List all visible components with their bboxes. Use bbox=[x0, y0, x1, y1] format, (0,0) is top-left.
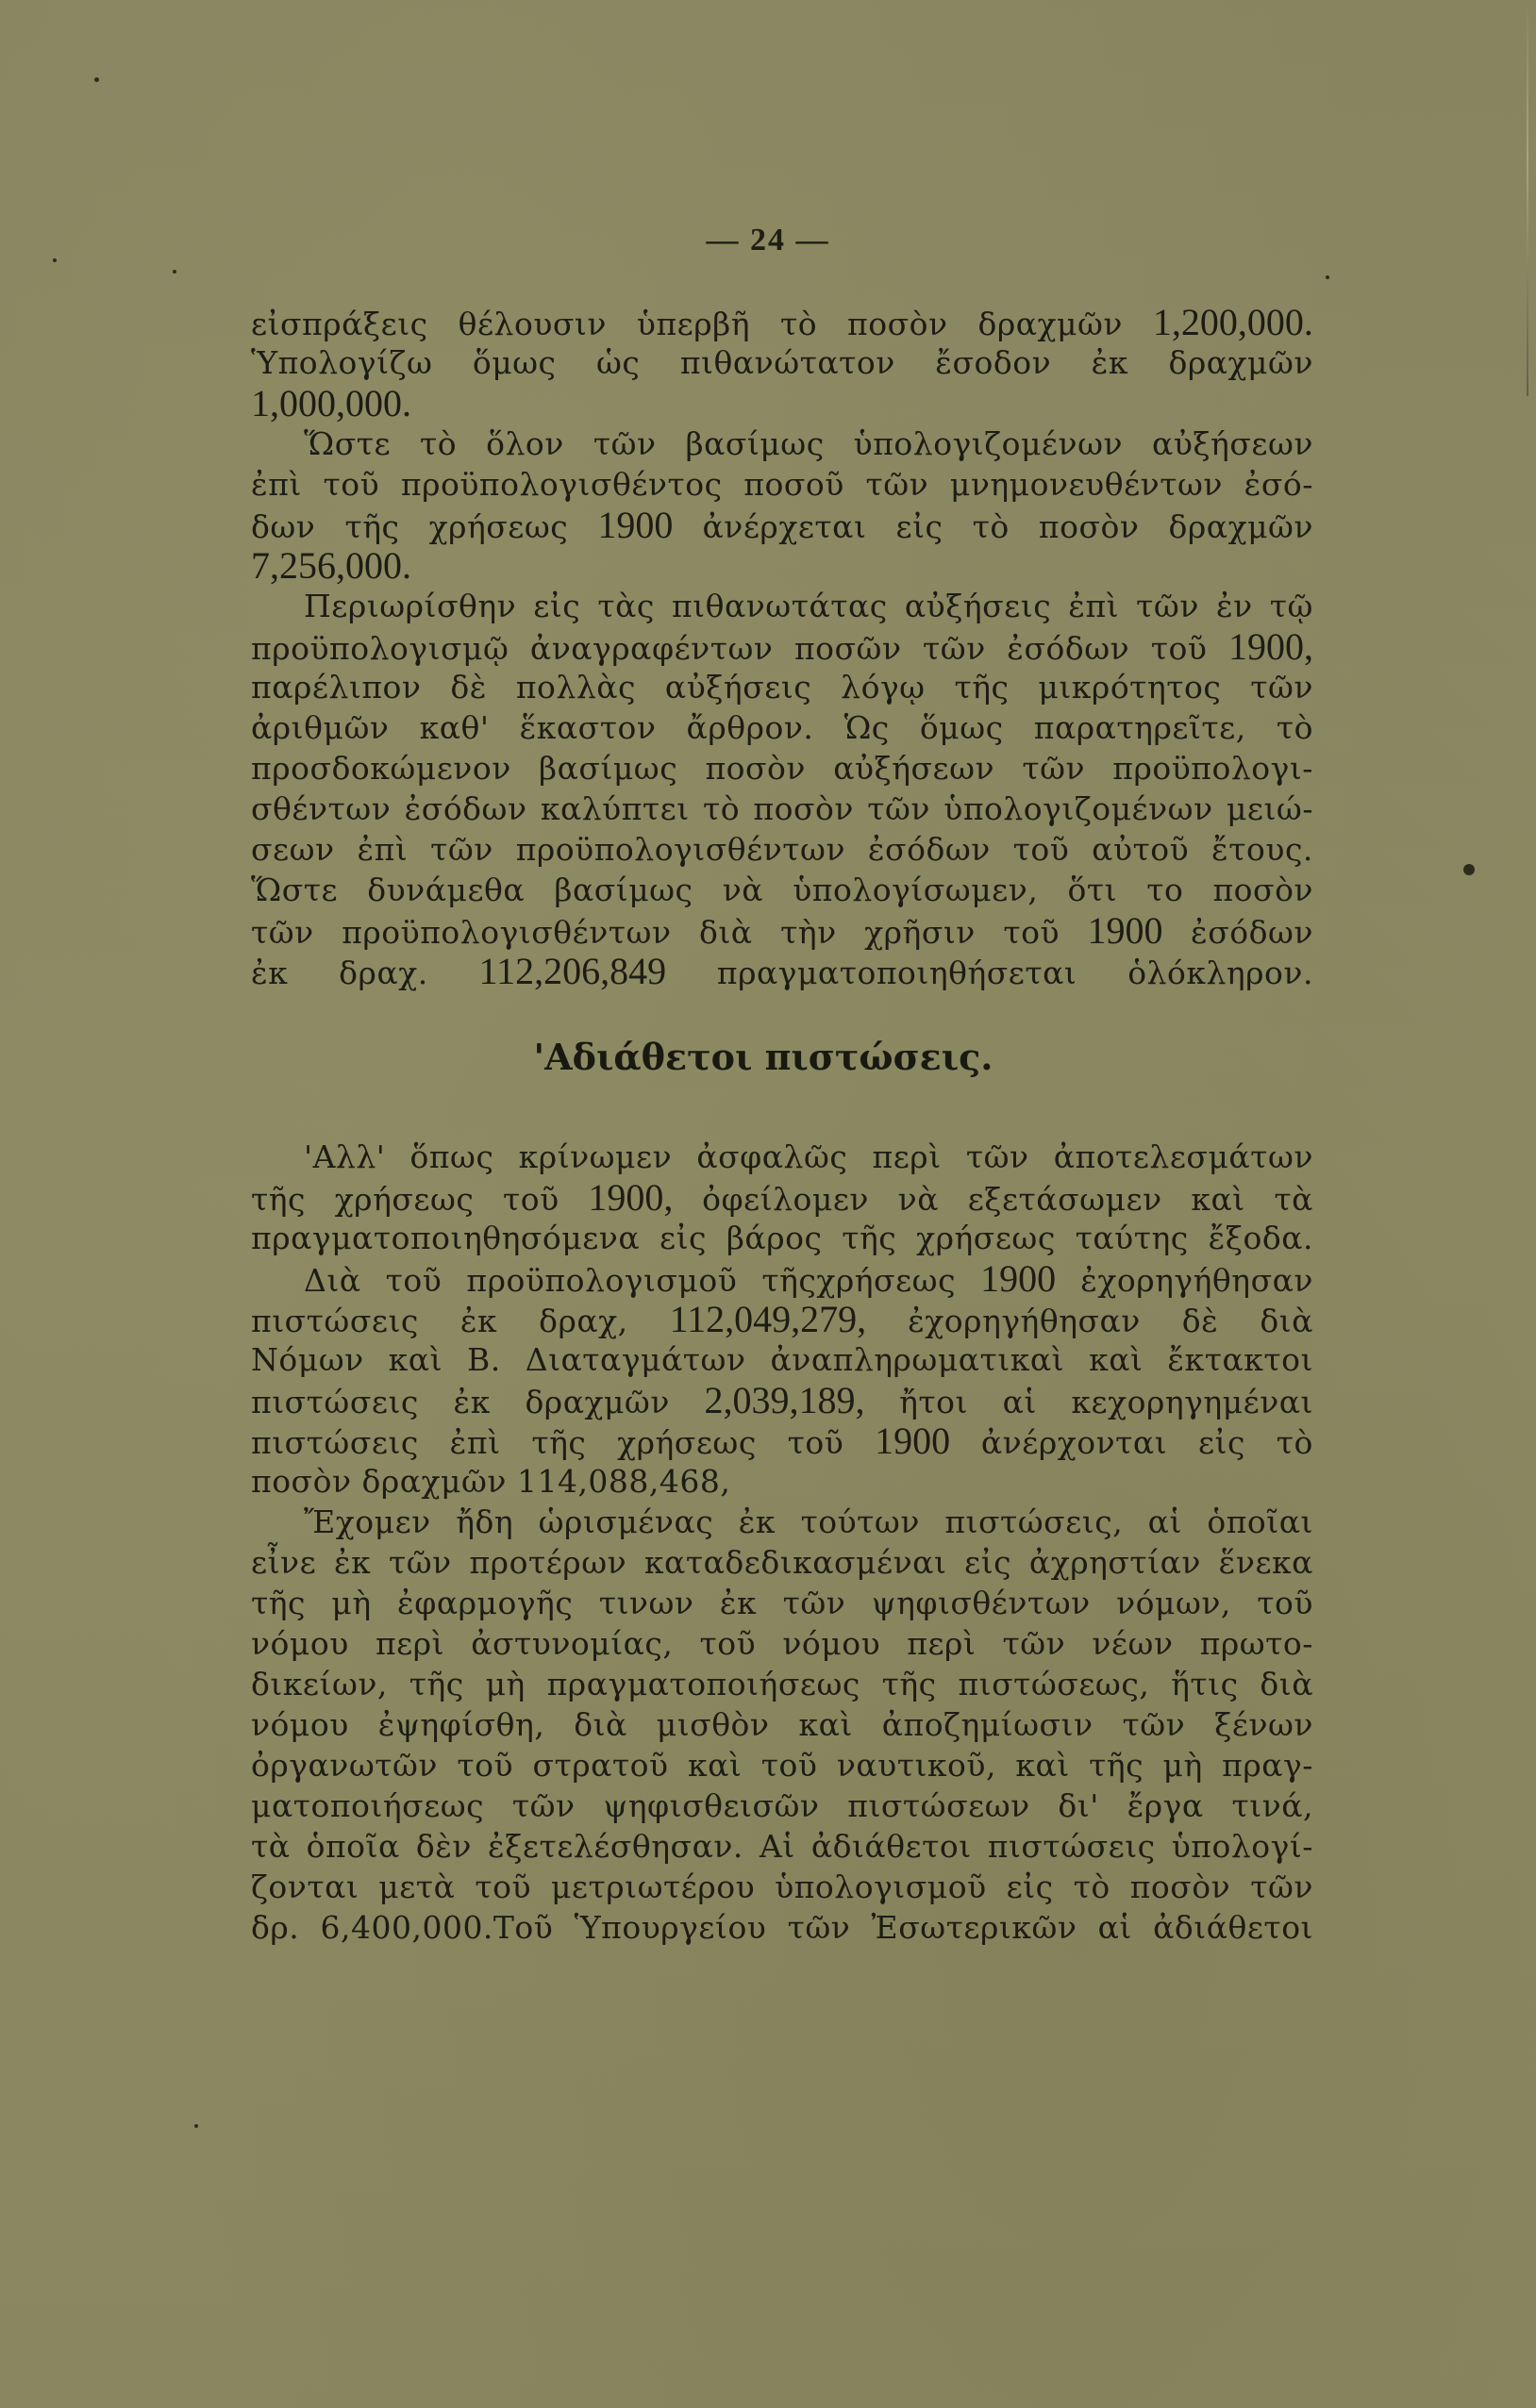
word: ἔσοδον bbox=[935, 342, 1051, 383]
word: τῶν bbox=[966, 1137, 1029, 1177]
word: καὶ bbox=[1089, 1339, 1143, 1380]
word: τοῦ bbox=[386, 1260, 442, 1301]
text-line: Ὥστεδυνάμεθαβασίμωςνὰὑπολογίσωμεν,ὅτιτοπ… bbox=[251, 870, 1313, 910]
word: ὑπολογιζομένων bbox=[943, 789, 1212, 829]
word: τῶν bbox=[251, 912, 314, 953]
word: τῆς bbox=[1089, 1745, 1144, 1785]
word: βασίμως bbox=[539, 748, 677, 789]
word: δραχμῶν bbox=[978, 304, 1123, 344]
word: παρέλιπον bbox=[251, 667, 421, 707]
word: ποσὸν bbox=[847, 304, 948, 344]
text-line: σεωνἐπὶτῶνπροϋπολογισθέντωνἐσόδωντοῦαὐτο… bbox=[251, 829, 1313, 870]
word: ἐσόδων bbox=[868, 829, 991, 870]
word: πιστώσεις bbox=[251, 1382, 419, 1422]
word: καταδεδικασμέναι bbox=[644, 1542, 947, 1583]
word: μισθὸν bbox=[657, 1704, 770, 1745]
word: πιστώσεων bbox=[847, 1785, 1029, 1826]
word: τῶν bbox=[867, 789, 930, 829]
word: Ὑπουργείου bbox=[575, 1907, 767, 1948]
text-line: εἶνεἐκτῶνπροτέρωνκαταδεδικασμέναιεἰςἀχρη… bbox=[251, 1542, 1313, 1583]
word: Ὑπολογίζω bbox=[251, 342, 432, 383]
word: καὶ bbox=[1191, 1179, 1244, 1220]
word: 1,200,000. bbox=[1153, 302, 1313, 342]
word: κεχορηγημέναι bbox=[1071, 1382, 1313, 1422]
word: τῶν bbox=[1123, 1704, 1186, 1745]
text-line: ποσὸν δραχμῶν 114,088,468, bbox=[251, 1461, 1313, 1502]
text-line: νόμουπερὶἀστυνομίας,τοῦνόμουπερὶτῶννέωνπ… bbox=[251, 1623, 1313, 1664]
paper-speck bbox=[173, 270, 176, 274]
word: Β. bbox=[467, 1339, 501, 1380]
word: Αἱ bbox=[760, 1826, 795, 1867]
word: τοῦ bbox=[457, 1745, 513, 1785]
word: θέλουσιν bbox=[459, 304, 607, 344]
word: σθέντων bbox=[251, 789, 391, 829]
word: κρίνωμεν bbox=[519, 1137, 673, 1177]
word: ἐπὶ bbox=[1068, 586, 1119, 626]
word: ποσὸν bbox=[1130, 1867, 1231, 1907]
word: αἱ bbox=[1148, 1502, 1182, 1542]
word: αὐξήσεων bbox=[833, 748, 994, 789]
word: ταύτης bbox=[1076, 1218, 1189, 1258]
word: Νόμων bbox=[251, 1339, 364, 1380]
paragraph-block-credits: 'Αλλ'ὅπωςκρίνωμενἀσφαλῶςπερὶτῶνἀποτελεσμ… bbox=[251, 1137, 1313, 1948]
word: χρήσεως bbox=[335, 1179, 475, 1220]
word: ἀποζημίωσιν bbox=[882, 1704, 1094, 1745]
text-line: πιστώσειςἐκδραχμῶν2,039,189,ἤτοιαἱκεχορη… bbox=[251, 1380, 1313, 1420]
word: ὅμως bbox=[473, 342, 557, 383]
word: αἱ bbox=[1003, 1382, 1037, 1422]
word: καὶ bbox=[389, 1339, 442, 1380]
word: εἰς bbox=[659, 1218, 707, 1258]
text-line: νόμουἐψηφίσθη,διὰμισθὸνκαὶἀποζημίωσιντῶν… bbox=[251, 1704, 1313, 1745]
word: ἐκ bbox=[251, 953, 288, 993]
text-line: ματοποιήσεωςτῶνψηφισθεισῶνπιστώσεωνδι'ἔρ… bbox=[251, 1785, 1313, 1826]
word: ἀδιάθετοι bbox=[811, 1826, 972, 1867]
word: ἀνέρχεται bbox=[702, 507, 866, 547]
word: ἄρθρον. bbox=[687, 707, 814, 748]
word: ὡρισμένας bbox=[539, 1502, 714, 1542]
section-heading: 'Αδιάθετοι πιστώσεις. bbox=[251, 1029, 1313, 1086]
word: προσδοκώμενον bbox=[251, 748, 511, 789]
word: 112,206,849 bbox=[479, 951, 667, 991]
word: ὅπως bbox=[409, 1137, 493, 1177]
word: νὰ bbox=[723, 870, 763, 910]
word: ποσοῦ bbox=[743, 464, 844, 505]
word: δραχ, bbox=[539, 1301, 628, 1341]
word: ὑπολογί- bbox=[1172, 1826, 1313, 1867]
word: τῶν bbox=[430, 829, 493, 870]
word: 1900, bbox=[588, 1177, 673, 1218]
word: πιθανώτατον bbox=[680, 342, 895, 383]
word: ποσῶν bbox=[794, 628, 902, 669]
word: ἐκ bbox=[334, 1542, 371, 1583]
word: ποσὸν bbox=[753, 789, 854, 829]
word: ἐκ bbox=[460, 1301, 497, 1341]
word: διὰ bbox=[574, 1704, 627, 1745]
word: 1900, bbox=[1228, 626, 1313, 667]
word: διὰ bbox=[1260, 1664, 1313, 1704]
text-line: ζονταιμετὰτοῦμετριωτέρουὑπολογισμοῦεἰςτὸ… bbox=[251, 1867, 1313, 1907]
word: χρήσεως bbox=[617, 1422, 757, 1463]
word: 1900 bbox=[875, 1420, 950, 1461]
word: πραγματοποιήσεως bbox=[547, 1664, 860, 1704]
word: τῶν bbox=[923, 628, 986, 669]
word: δραχμῶν bbox=[525, 1382, 669, 1422]
word: Διαταγμάτων bbox=[526, 1339, 746, 1380]
word: τῶν bbox=[865, 464, 928, 505]
word: εἰς bbox=[1007, 1867, 1054, 1907]
word: ἕνεκα bbox=[1219, 1542, 1313, 1583]
word: καὶ bbox=[688, 1745, 742, 1785]
word: νόμου bbox=[782, 1623, 880, 1664]
word: ψηφισθεισῶν bbox=[603, 1785, 819, 1826]
word: ὅλον bbox=[486, 423, 564, 464]
word: 112,049,279, bbox=[670, 1299, 867, 1339]
text-line: προσδοκώμενονβασίμωςποσὸναὐξήσεωντῶνπροϋ… bbox=[251, 748, 1313, 789]
word: εἰς bbox=[1198, 1422, 1245, 1463]
word: τῆς bbox=[251, 1179, 306, 1220]
text-line: τῆςχρήσεωςτοῦ1900,ὀφείλομεννὰεξετάσωμενκ… bbox=[251, 1177, 1313, 1218]
text-line: πιστώσειςἐκδραχ,112,049,279,ἐχορηγήθησαν… bbox=[251, 1299, 1313, 1339]
word: ὁλόκληρον. bbox=[1127, 953, 1313, 993]
word: προϋπολογισμῷ bbox=[251, 628, 509, 669]
word: ἐχορηγήθησαν bbox=[908, 1301, 1141, 1341]
word: το bbox=[1146, 870, 1183, 910]
word: τῆς bbox=[882, 1664, 937, 1704]
word: τὸ bbox=[780, 304, 817, 344]
word: τοῦ bbox=[700, 1623, 757, 1664]
word: τινά, bbox=[1231, 1785, 1313, 1826]
word: ἐσόδων bbox=[405, 789, 527, 829]
word: νόμων, bbox=[1116, 1583, 1231, 1623]
word: προϋπολογισμοῦ bbox=[466, 1260, 737, 1301]
word: προϋπολογισθέντων bbox=[342, 912, 671, 953]
word: βάρος bbox=[726, 1218, 823, 1258]
word: ἤτοι bbox=[899, 1382, 968, 1422]
word: τῆς bbox=[344, 507, 399, 547]
text-column: εἰσπράξειςθέλουσινὑπερβῆτὸποσὸνδραχμῶν1,… bbox=[251, 302, 1313, 1948]
word: τῶν bbox=[512, 1785, 576, 1826]
word: τῶν bbox=[788, 1907, 851, 1948]
word: ὀργανωτῶν bbox=[251, 1745, 438, 1785]
word: ἐκ bbox=[1092, 342, 1128, 383]
text-line: Ὑπολογίζωὅμωςὡςπιθανώτατονἔσοδονἐκδραχμῶ… bbox=[251, 342, 1313, 383]
word: ἕκαστον bbox=[520, 707, 657, 748]
text-line: Διὰτοῦπροϋπολογισμοῦτῆςχρήσεως1900ἐχορηγ… bbox=[251, 1258, 1313, 1299]
word: ἐν bbox=[1216, 586, 1253, 626]
text-line: Ἔχομενἤδηὡρισμέναςἐκτούτωνπιστώσεις,αἱὁπ… bbox=[251, 1502, 1313, 1542]
word: εξετάσωμεν bbox=[968, 1179, 1162, 1220]
word: ἀνέρχονται bbox=[981, 1422, 1167, 1463]
word: 6,400,000.Τοῦ bbox=[320, 1907, 553, 1948]
word: ὡς bbox=[596, 342, 640, 383]
word: ὑπολογιζομένων bbox=[854, 423, 1123, 464]
word: μειώ- bbox=[1227, 789, 1313, 829]
word: νέων bbox=[1092, 1623, 1173, 1664]
word: μὴ bbox=[331, 1583, 371, 1623]
paper-speck bbox=[53, 258, 57, 262]
word: τοῦ bbox=[1013, 829, 1070, 870]
word: καθ' bbox=[420, 707, 490, 748]
word: ἐκ bbox=[453, 1382, 490, 1422]
word: μὴ bbox=[486, 1664, 526, 1704]
word: αἱ bbox=[1098, 1907, 1132, 1948]
word: τοῦ bbox=[1003, 912, 1060, 953]
word: ἐπὶ bbox=[450, 1422, 501, 1463]
word: τῶν bbox=[1136, 586, 1199, 626]
word: ματοποιήσεως bbox=[251, 1785, 484, 1826]
word: νόμου bbox=[251, 1623, 349, 1664]
word: τοῦ bbox=[503, 1179, 559, 1220]
text-line: ἐπὶτοῦπροϋπολογισθέντοςποσοῦτῶνμνημονευθ… bbox=[251, 464, 1313, 505]
word: ἔξοδα. bbox=[1209, 1218, 1313, 1258]
word: τὸ bbox=[1277, 707, 1313, 748]
text-line: δωντῆςχρήσεως1900ἀνέρχεταιεἰςτὸποσὸνδραχ… bbox=[251, 505, 1313, 545]
word: τούτων bbox=[800, 1502, 919, 1542]
word: πραγματοποιηθησόμενα bbox=[251, 1218, 640, 1258]
word: εἰς bbox=[533, 586, 580, 626]
word: ἐψηφίσθη, bbox=[378, 1704, 545, 1745]
word: δρ. bbox=[251, 1907, 299, 1948]
word: αὐξήσεων bbox=[1152, 423, 1313, 464]
word: πραγματοποιηθήσεται bbox=[717, 953, 1077, 993]
text-line: εἰσπράξειςθέλουσινὑπερβῆτὸποσὸνδραχμῶν1,… bbox=[251, 302, 1313, 342]
word: τῆς bbox=[251, 1583, 306, 1623]
word: τὰς bbox=[597, 586, 655, 626]
word: στρατοῦ bbox=[532, 1745, 668, 1785]
word: εἰς bbox=[896, 507, 943, 547]
word: λόγῳ bbox=[841, 667, 925, 707]
word: 'Αλλ' bbox=[304, 1137, 385, 1177]
word: ὑπολογίσωμεν, bbox=[793, 870, 1038, 910]
word: καὶ bbox=[1015, 1745, 1069, 1785]
paragraph-block-revenue: εἰσπράξειςθέλουσινὑπερβῆτὸποσὸνδραχμῶν1,… bbox=[251, 302, 1313, 991]
word: ποσὸν bbox=[705, 748, 806, 789]
word: διὰ bbox=[1260, 1301, 1313, 1341]
word: τῆς bbox=[842, 1218, 896, 1258]
word: ζονται bbox=[251, 1867, 359, 1907]
word: ποσὸν bbox=[1039, 507, 1140, 547]
word: αὐξήσεις bbox=[665, 667, 811, 707]
word: περὶ bbox=[873, 1137, 942, 1177]
word: δὲ bbox=[1182, 1301, 1219, 1341]
word: πιστώσεως, bbox=[958, 1664, 1149, 1704]
word: ἥτις bbox=[1171, 1664, 1238, 1704]
word: Ἔχομεν bbox=[304, 1502, 431, 1542]
word: 1900 bbox=[597, 505, 673, 545]
word: πρωτο- bbox=[1200, 1623, 1313, 1664]
word: τῶν bbox=[1003, 1623, 1066, 1664]
word: νόμου bbox=[251, 1704, 349, 1745]
paper-speck bbox=[1326, 275, 1329, 279]
page-edge bbox=[1527, 0, 1528, 396]
word: δικείων, bbox=[251, 1664, 388, 1704]
word: ἐκ bbox=[739, 1502, 776, 1542]
word: ὀφείλομεν bbox=[702, 1179, 869, 1220]
word: τῶν bbox=[1250, 1867, 1313, 1907]
word: τὸ bbox=[420, 423, 457, 464]
word: τῆς bbox=[409, 1664, 464, 1704]
word: μνημονευθέντων bbox=[950, 464, 1223, 505]
text-line: ἀριθμῶνκαθ'ἕκαστονἄρθρον.Ὡςὅμωςπαρατηρεῖ… bbox=[251, 707, 1313, 748]
word: εἰς bbox=[964, 1542, 1011, 1583]
word: δραχμῶν bbox=[1169, 507, 1313, 547]
word: αὐτοῦ bbox=[1092, 829, 1189, 870]
word: δραχ. bbox=[339, 953, 428, 993]
word: αὐξήσεις bbox=[905, 586, 1051, 626]
word: 1900 bbox=[980, 1258, 1056, 1299]
word: ὅτι bbox=[1067, 870, 1117, 910]
word: νὰ bbox=[898, 1179, 939, 1220]
word: πιστώσεις, bbox=[944, 1502, 1123, 1542]
word: ἀσφαλῶς bbox=[696, 1137, 847, 1177]
word: μὴ bbox=[1163, 1745, 1203, 1785]
word: τῶν bbox=[389, 1542, 452, 1583]
text-line: 'Αλλ'ὅπωςκρίνωμενἀσφαλῶςπερὶτῶνἀποτελεσμ… bbox=[251, 1137, 1313, 1177]
text-line: δικείων,τῆςμὴπραγματοποιήσεωςτῆςπιστώσεω… bbox=[251, 1664, 1313, 1704]
word: βασίμως bbox=[554, 870, 693, 910]
word: ἐπὶ bbox=[357, 829, 408, 870]
word: ἐφαρμογῆς bbox=[397, 1583, 573, 1623]
text-line: Περιωρίσθηνεἰςτὰςπιθανωτάταςαὐξήσειςἐπὶτ… bbox=[251, 586, 1313, 626]
word: χρήσεως bbox=[429, 507, 569, 547]
word: ἀδιάθετοι bbox=[1153, 1907, 1313, 1948]
word: τῶν bbox=[783, 1583, 846, 1623]
word: τοῦ bbox=[761, 1745, 818, 1785]
text-line: δρ.6,400,000.ΤοῦὙπουργείουτῶνἘσωτερικῶνα… bbox=[251, 1907, 1313, 1948]
text-line: ΝόμωνκαὶΒ.Διαταγμάτωνἀναπληρωματικαὶκαὶἔ… bbox=[251, 1339, 1313, 1380]
word: ὁποῖα bbox=[307, 1826, 400, 1867]
text-line-amount: 1,000,000. bbox=[251, 383, 1313, 423]
word: ποσὸν bbox=[1212, 870, 1313, 910]
word: Ὥστε bbox=[304, 423, 391, 464]
word: τῷ bbox=[1270, 586, 1313, 626]
word: προϋπολογι- bbox=[1112, 748, 1313, 789]
word: τὴν bbox=[780, 912, 837, 953]
word: ὅμως bbox=[920, 707, 1004, 748]
word: εἰσπράξεις bbox=[251, 304, 428, 344]
text-line-amount: 7,256,000. bbox=[251, 545, 1313, 586]
word: ἐχορηγήθησαν bbox=[1080, 1260, 1313, 1301]
word: δὲ bbox=[450, 667, 487, 707]
word: βασίμως bbox=[686, 423, 825, 464]
word: μετριωτέρου bbox=[551, 1867, 755, 1907]
word: τῆςχρήσεως bbox=[761, 1260, 956, 1301]
word: τοῦ bbox=[1151, 628, 1208, 669]
word: τοῦ bbox=[788, 1422, 844, 1463]
text-line: πραγματοποιηθησόμεναεἰςβάροςτῆςχρήσεωςτα… bbox=[251, 1218, 1313, 1258]
text-line: τὰὁποῖαδὲνἐξετελέσθησαν.Αἱἀδιάθετοιπιστώ… bbox=[251, 1826, 1313, 1867]
word: περὶ bbox=[376, 1623, 444, 1664]
word: ἐξετελέσθησαν. bbox=[488, 1826, 743, 1867]
word: διὰ bbox=[699, 912, 753, 953]
page-number: — 24 — bbox=[0, 223, 1536, 258]
text-line: προϋπολογισμῷἀναγραφέντωνποσῶντῶνἐσόδωντ… bbox=[251, 626, 1313, 667]
word: Περιωρίσθην bbox=[304, 586, 516, 626]
word: τινων bbox=[599, 1583, 694, 1623]
word: μετὰ bbox=[378, 1867, 455, 1907]
word: τοῦ bbox=[324, 464, 380, 505]
word: τὸ bbox=[1074, 1867, 1110, 1907]
word: δραχμῶν bbox=[1168, 342, 1312, 383]
word: περὶ bbox=[907, 1623, 976, 1664]
word: τῶν bbox=[1022, 748, 1085, 789]
word: ἐσόδων bbox=[1007, 628, 1129, 669]
word: προτέρων bbox=[469, 1542, 626, 1583]
word: πιστώσεις bbox=[251, 1301, 419, 1341]
text-line: τῆςμὴἐφαρμογῆςτινωνἐκτῶνψηφισθέντωννόμων… bbox=[251, 1583, 1313, 1623]
word: πιστώσεις bbox=[988, 1826, 1156, 1867]
word: ἐσόδων bbox=[1191, 912, 1313, 953]
word: ἀριθμῶν bbox=[251, 707, 389, 748]
word: ἐσό- bbox=[1244, 464, 1313, 505]
paper-speck bbox=[194, 2124, 198, 2128]
word: Ὥστε bbox=[251, 870, 338, 910]
word: προϋπολογισθέντος bbox=[401, 464, 723, 505]
word: τὰ bbox=[251, 1826, 291, 1867]
word: ἀναγραφέντων bbox=[530, 628, 774, 669]
word: ἤδη bbox=[456, 1502, 513, 1542]
word: Ὡς bbox=[844, 707, 890, 748]
word: πιστώσεις bbox=[251, 1422, 419, 1463]
word: δι' bbox=[1058, 1785, 1098, 1826]
text-line: ἐκδραχ.112,206,849πραγματοποιηθήσεταιὁλό… bbox=[251, 951, 1313, 991]
word: ὁποῖαι bbox=[1207, 1502, 1313, 1542]
word: τῆς bbox=[531, 1422, 586, 1463]
word: καὶ bbox=[798, 1704, 852, 1745]
word: προϋπολογισθέντων bbox=[516, 829, 845, 870]
word: 2,039,189, bbox=[705, 1380, 865, 1420]
word: χρήσεως bbox=[916, 1218, 1056, 1258]
text-line: ὀργανωτῶντοῦστρατοῦκαὶτοῦναυτικοῦ,καὶτῆς… bbox=[251, 1745, 1313, 1785]
word: ἀστυνομίας, bbox=[471, 1623, 673, 1664]
word: τῶν bbox=[1250, 667, 1313, 707]
text-line: πιστώσειςἐπὶτῆςχρήσεωςτοῦ1900ἀνέρχονταιε… bbox=[251, 1420, 1313, 1461]
word: ἐκ bbox=[720, 1583, 757, 1623]
text-line: τῶνπροϋπολογισθέντωνδιὰτὴνχρῆσιντοῦ1900ἐ… bbox=[251, 910, 1313, 951]
word: ὑπολογισμοῦ bbox=[775, 1867, 986, 1907]
text-line: Ὥστετὸὅλοντῶνβασίμωςὑπολογιζομένωναὐξήσε… bbox=[251, 423, 1313, 464]
word: τὸ bbox=[1277, 1422, 1313, 1463]
word: ἔτους. bbox=[1211, 829, 1313, 870]
word: ἀποτελεσμάτων bbox=[1054, 1137, 1313, 1177]
word: παρατηρεῖτε, bbox=[1034, 707, 1246, 748]
word: τὸ bbox=[973, 507, 1010, 547]
word: πραγ- bbox=[1222, 1745, 1313, 1785]
word: καλύπτει bbox=[541, 789, 690, 829]
paper-speck bbox=[1463, 864, 1475, 875]
word: ἔκτακτοι bbox=[1167, 1339, 1313, 1380]
word: ξένων bbox=[1214, 1704, 1313, 1745]
word: τοῦ bbox=[1257, 1583, 1313, 1623]
word: ἀναπληρωματικαὶ bbox=[771, 1339, 1065, 1380]
paper-speck bbox=[94, 77, 99, 82]
word: τὸ bbox=[703, 789, 740, 829]
word: μικρότητος bbox=[1038, 667, 1221, 707]
text-line: σθέντωνἐσόδωνκαλύπτειτὸποσὸντῶνὑπολογιζο… bbox=[251, 789, 1313, 829]
word: τῶν bbox=[593, 423, 657, 464]
word: πιθανωτάτας bbox=[672, 586, 888, 626]
word: ἔργα bbox=[1127, 1785, 1204, 1826]
word: σεων bbox=[251, 829, 335, 870]
word: πολλὰς bbox=[516, 667, 636, 707]
word: Ἐσωτερικῶν bbox=[872, 1907, 1077, 1948]
word: χρῆσιν bbox=[864, 912, 976, 953]
word: δὲν bbox=[416, 1826, 472, 1867]
word: τὰ bbox=[1274, 1179, 1313, 1220]
word: Διὰ bbox=[304, 1260, 361, 1301]
word: εἶνε bbox=[251, 1542, 316, 1583]
